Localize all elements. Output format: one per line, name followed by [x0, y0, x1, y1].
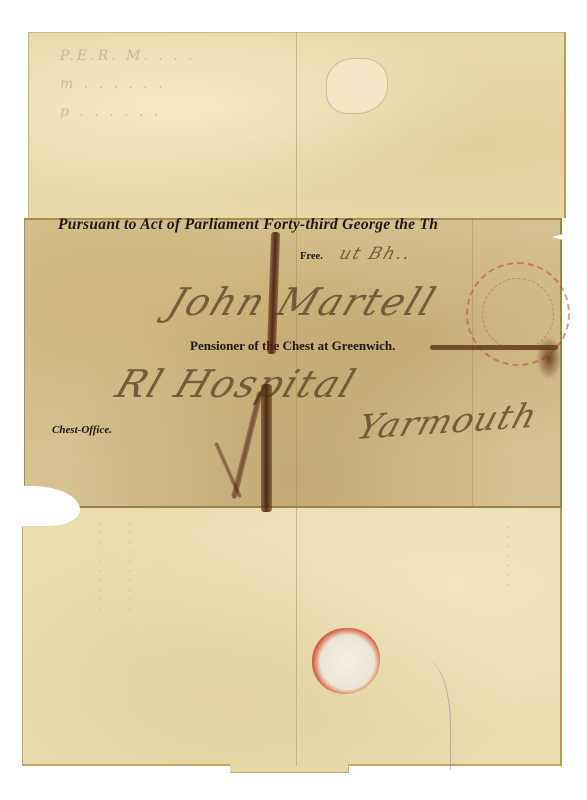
worn-paper-patch [326, 58, 388, 114]
handwritten-addressee: John Martell [162, 280, 443, 324]
faded-line: m . . . . . . [60, 70, 320, 98]
bleed-through-text: · · · · · · · · · · [92, 520, 108, 612]
ink-stroke [261, 384, 272, 512]
act-of-parliament-line: Pursuant to Act of Parliament Forty-thir… [58, 216, 438, 234]
pensioner-line: Pensioner of the Chest at Greenwich. [190, 338, 395, 354]
vertical-fold-line [472, 218, 473, 508]
letter-cover: P.E.R. M. . . . m . . . . . . p . . . . … [0, 0, 587, 800]
bottom-flap [230, 764, 349, 773]
faded-pencil-notes: P.E.R. M. . . . m . . . . . . p . . . . … [60, 42, 320, 126]
faded-line: P.E.R. M. . . . [60, 42, 320, 70]
bleed-through-text: · · · · · · · · · · [122, 520, 138, 612]
handwritten-free-note: ut Bh.. [337, 244, 415, 264]
chest-office-label: Chest-Office. [52, 424, 112, 436]
ink-stain [536, 336, 562, 380]
faded-line: p . . . . . . [60, 98, 320, 126]
handwritten-hospital: Rl Hospital [110, 362, 363, 406]
free-label: Free. [300, 251, 323, 262]
bleed-through-text: · · · · · · · [500, 524, 516, 587]
